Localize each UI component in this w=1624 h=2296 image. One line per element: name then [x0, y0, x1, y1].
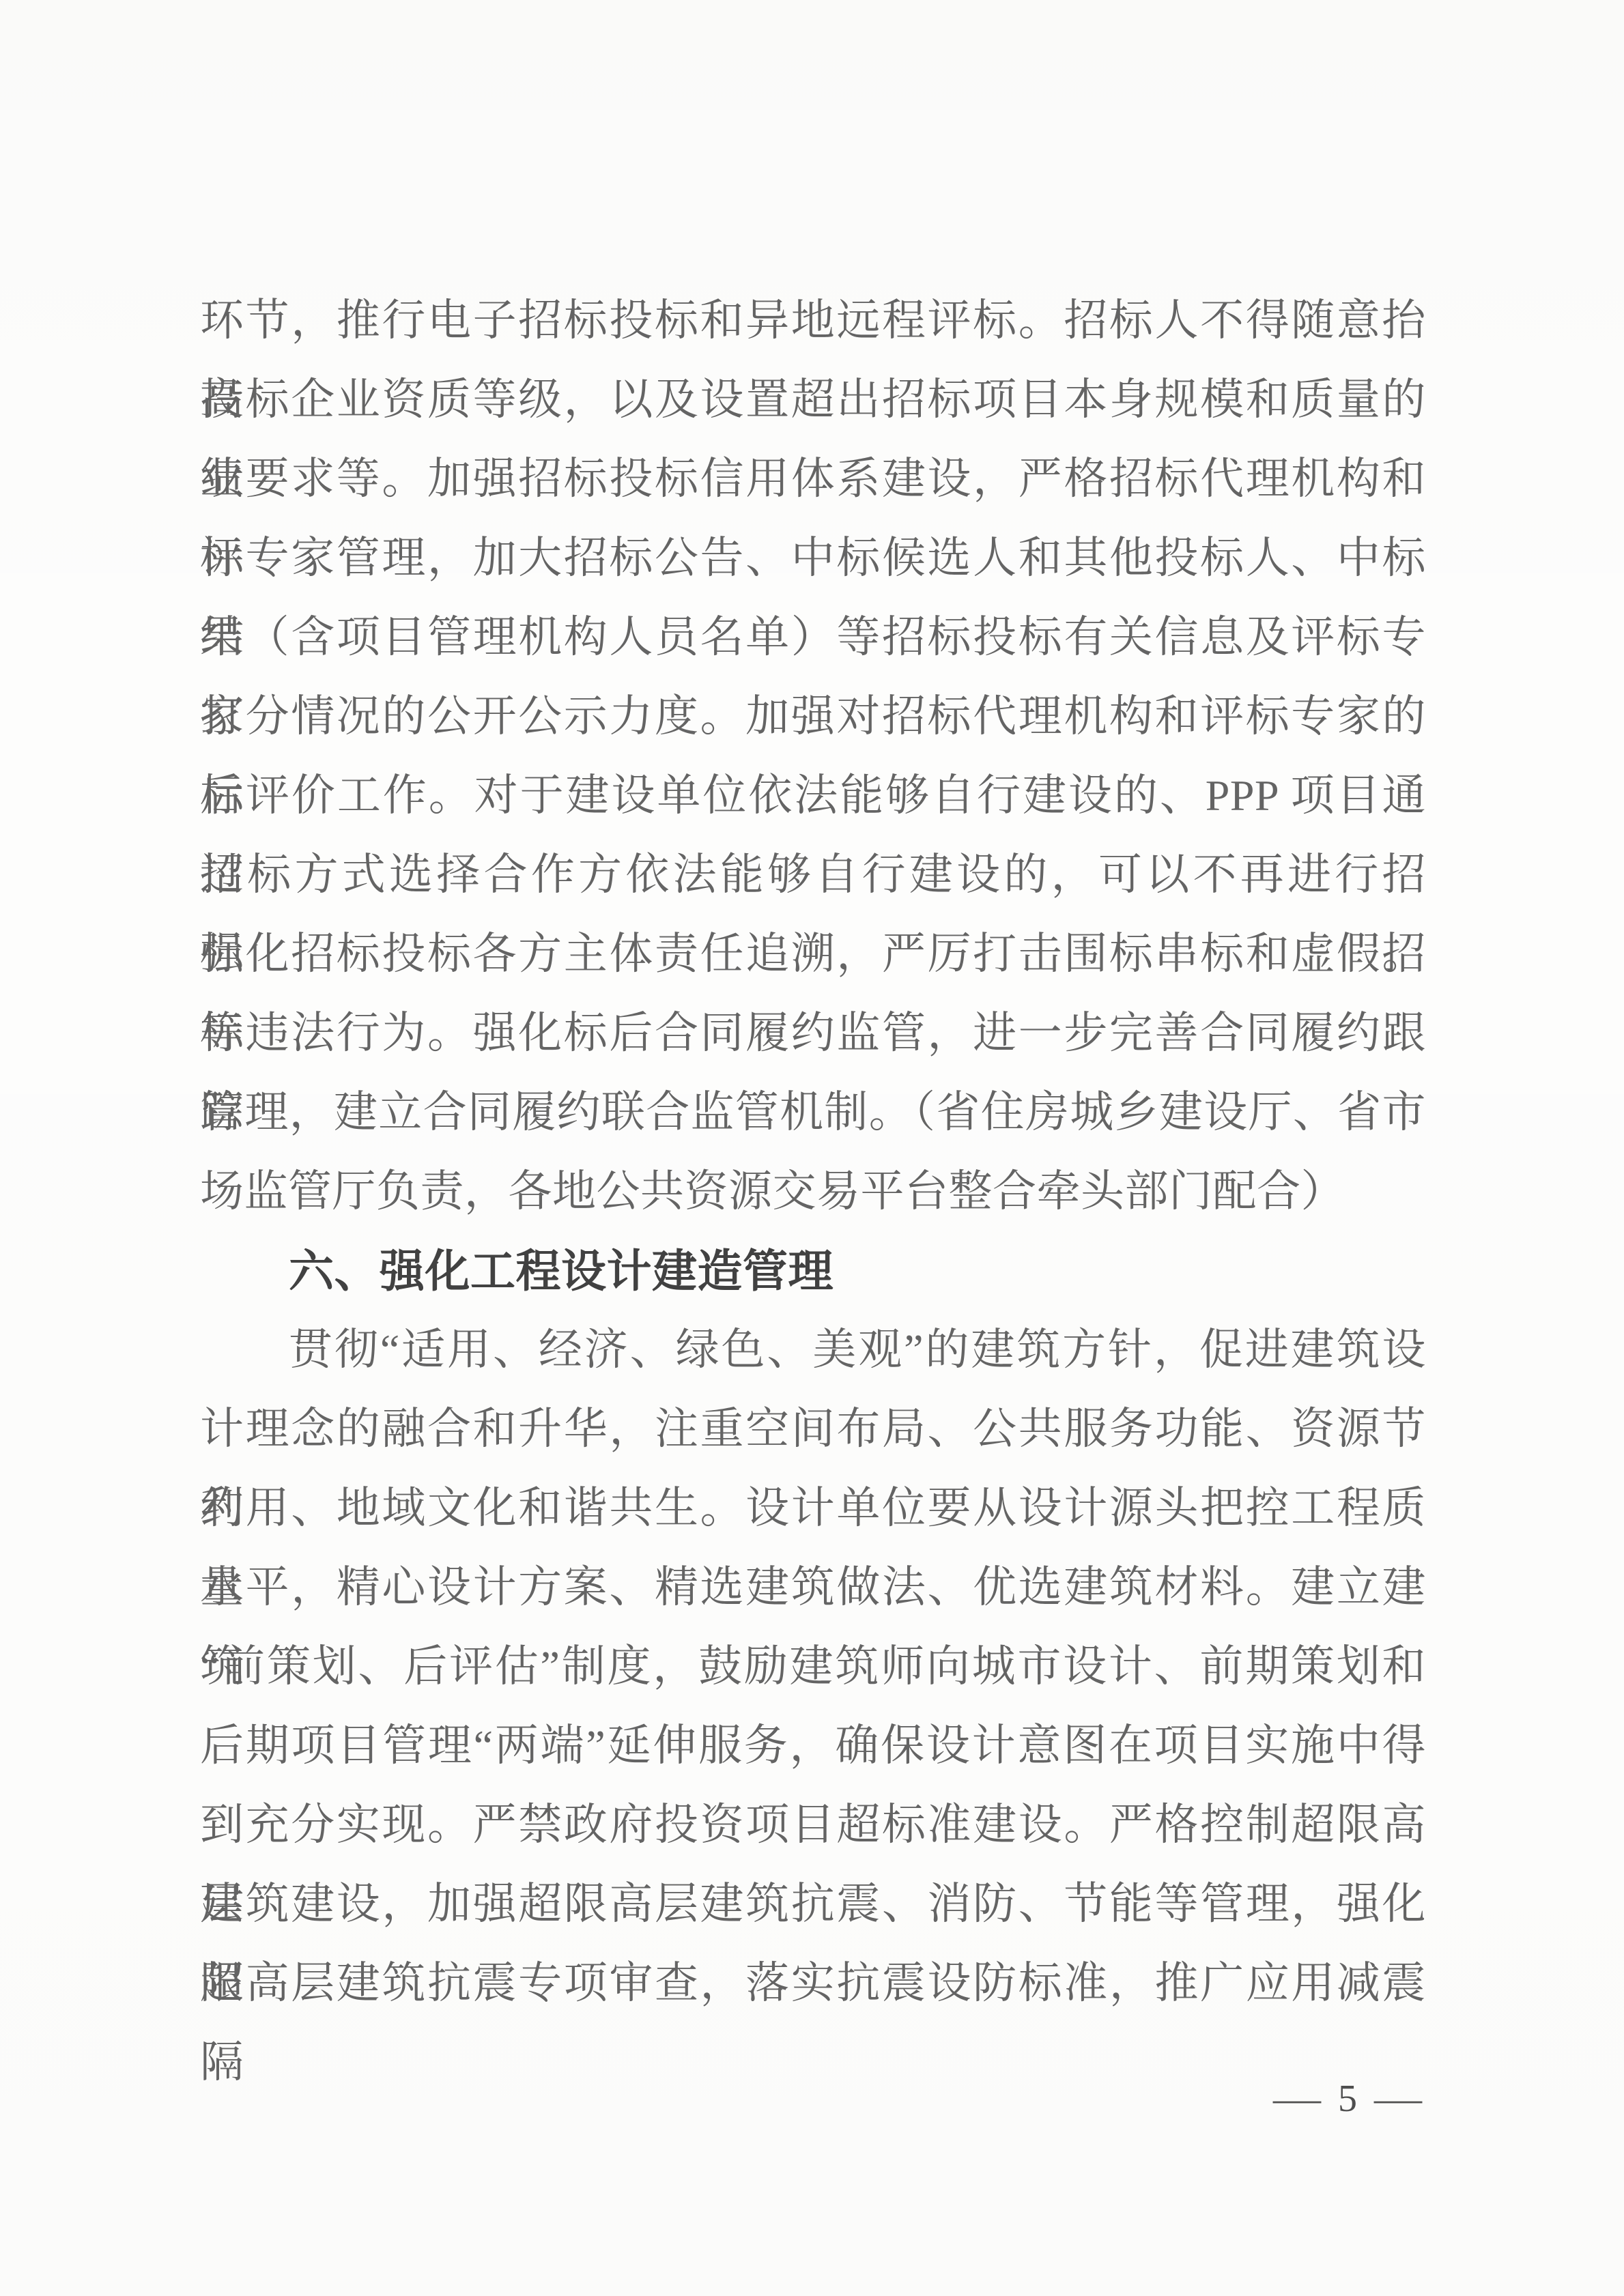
- body-line: 限高层建筑抗震专项审查，落实抗震设防标准，推广应用减震隔: [200, 1944, 1426, 2023]
- footer-dash-right: —: [1374, 2077, 1422, 2121]
- body-line: 后评价工作。对于建设单位依法能够自行建设的、PPP 项目通过: [200, 756, 1426, 835]
- body-line: 水平，精心设计方案、精选建筑做法、优选建筑材料。建立建筑: [200, 1548, 1426, 1627]
- body-line: 打分情况的公开公示力度。加强对招标代理机构和评标专家的标: [200, 677, 1426, 756]
- body-line: 管理，建立合同履约联合监管机制。（省住房城乡建设厅、省市: [200, 1073, 1426, 1152]
- page-number: 5: [1338, 2077, 1357, 2121]
- body-line: 后期项目管理“两端”延伸服务，确保设计意图在项目实施中得: [200, 1706, 1426, 1785]
- body-line: 等违法行为。强化标后合同履约监管，进一步完善合同履约跟踪: [200, 994, 1426, 1073]
- body-line: 到充分实现。严禁政府投资项目超标准建设。严格控制超限高层: [200, 1785, 1426, 1865]
- body-line: 招标方式选择合作方依法能够自行建设的，可以不再进行招标。: [200, 835, 1426, 915]
- body-line: 计理念的融合和升华，注重空间布局、公共服务功能、资源节约: [200, 1390, 1426, 1469]
- body-line: 环节，推行电子招标投标和异地远程评标。招标人不得随意抬高: [200, 281, 1426, 360]
- body-line: 标专家管理，加大招标公告、中标候选人和其他投标人、中标结: [200, 519, 1426, 598]
- body-line: 场监管厅负责，各地公共资源交易平台整合牵头部门配合）: [200, 1152, 1426, 1231]
- body-line: 绩要求等。加强招标投标信用体系建设，严格招标代理机构和评: [200, 440, 1426, 519]
- body-line: 建筑建设，加强超限高层建筑抗震、消防、节能等管理，强化超: [200, 1865, 1426, 1944]
- section-heading: 六、强化工程设计建造管理: [200, 1231, 1426, 1310]
- document-page: 环节，推行电子招标投标和异地远程评标。招标人不得随意抬高 投标企业资质等级，以及…: [0, 0, 1624, 2296]
- body-line: 利用、地域文化和谐共生。设计单位要从设计源头把控工程质量: [200, 1469, 1426, 1548]
- footer-dash-left: —: [1273, 2077, 1321, 2121]
- page-number-footer: — 5 —: [1278, 2075, 1417, 2123]
- body-line: 强化招标投标各方主体责任追溯，严厉打击围标串标和虚假招标: [200, 915, 1426, 994]
- body-line: 投标企业资质等级，以及设置超出招标项目本身规模和质量的业: [200, 360, 1426, 440]
- body-line: 贯彻“适用、经济、绿色、美观”的建筑方针，促进建筑设: [200, 1310, 1426, 1390]
- body-line: “前策划、后评估”制度，鼓励建筑师向城市设计、前期策划和: [200, 1627, 1426, 1706]
- text-block: 环节，推行电子招标投标和异地远程评标。招标人不得随意抬高 投标企业资质等级，以及…: [200, 281, 1426, 2023]
- body-line: 果（含项目管理机构人员名单）等招标投标有关信息及评标专家: [200, 598, 1426, 677]
